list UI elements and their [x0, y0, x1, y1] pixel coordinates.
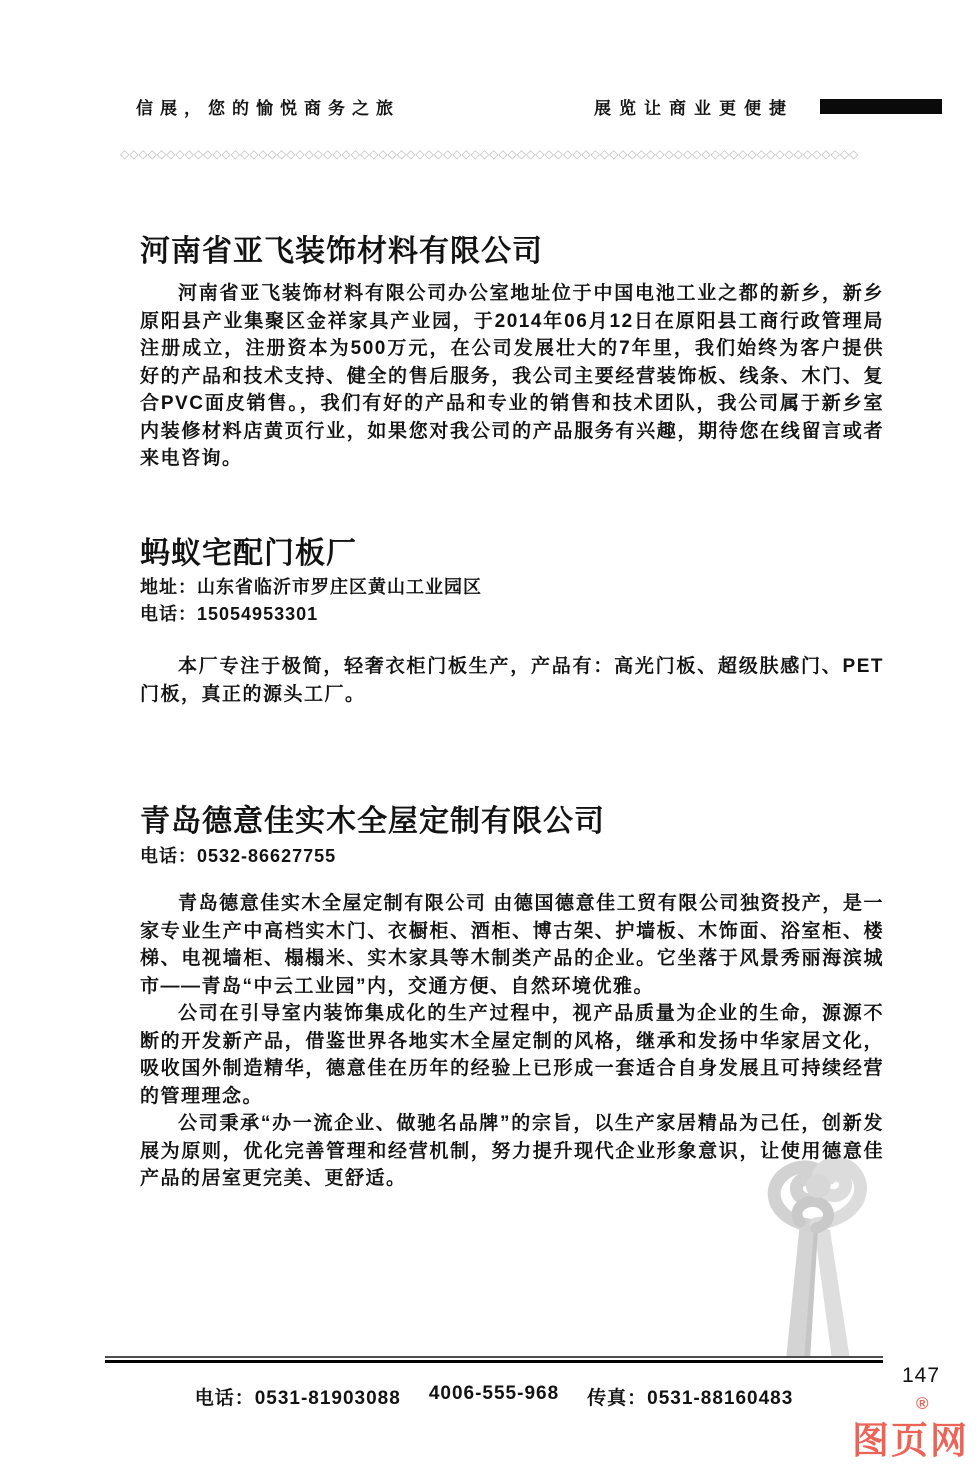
company-3-phone: 0532-86627755 [197, 846, 336, 866]
company-2-address: 山东省临沂市罗庄区黄山工业园区 [197, 577, 482, 597]
site-watermark: ® 图页网 [852, 1396, 978, 1466]
company-1-paragraph: 河南省亚飞装饰材料有限公司办公室地址位于中国电池工业之都的新乡，新乡原阳县产业集… [140, 280, 884, 473]
site-watermark-text: 图页网 [852, 1410, 969, 1464]
header-right-slogan: 展览让商业更便捷 [594, 94, 794, 119]
header-black-bar [820, 99, 942, 114]
company-2-contacts: 地址：山东省临沂市罗庄区黄山工业园区 电话：15054953301 [140, 574, 482, 628]
company-3-contacts: 电话：0532-86627755 [140, 843, 336, 870]
phone-label: 电话： [140, 604, 197, 624]
company-3-paragraph-1: 青岛德意佳实木全屋定制有限公司 由德国德意佳工贸有限公司独资投产，是一家专业生产… [140, 890, 884, 1000]
phone-label: 电话： [140, 846, 197, 866]
company-2-address-line: 地址：山东省临沂市罗庄区黄山工业园区 [140, 574, 482, 601]
company-3-paragraph-3: 公司秉承“办一流企业、做驰名品牌”的宗旨，以生产家居精品为己任，创新发展为原则，… [140, 1110, 884, 1193]
company-3-description: 青岛德意佳实木全屋定制有限公司 由德国德意佳工贸有限公司独资投产，是一家专业生产… [140, 890, 884, 1193]
directory-page: 信展，您的愉悦商务之旅 展览让商业更便捷 ◇◇◇◇◇◇◇◇◇◇◇◇◇◇◇◇◇◇◇… [0, 0, 980, 1470]
company-1-description: 河南省亚飞装饰材料有限公司办公室地址位于中国电池工业之都的新乡，新乡原阳县产业集… [140, 280, 884, 473]
page-header: 信展，您的愉悦商务之旅 展览让商业更便捷 [136, 94, 942, 119]
company-2-phone-line: 电话：15054953301 [140, 601, 482, 628]
company-2-description: 本厂专注于极简，轻奢衣柜门板生产，产品有：高光门板、超级肤感门、PET门板，真正… [140, 653, 884, 708]
footer-hotline: 4006-555-968 [429, 1383, 559, 1410]
company-3-paragraph-2: 公司在引导室内装饰集成化的生产过程中，视产品质量为企业的生命，源源不断的开发新产… [140, 1000, 884, 1110]
company-3-title: 青岛德意佳实木全屋定制有限公司 [140, 796, 605, 840]
diamond-divider: ◇◇◇◇◇◇◇◇◇◇◇◇◇◇◇◇◇◇◇◇◇◇◇◇◇◇◇◇◇◇◇◇◇◇◇◇◇◇◇◇… [120, 146, 886, 162]
address-label: 地址： [140, 577, 197, 597]
page-number: 147 [902, 1364, 940, 1388]
footer-contact: 电话：0531-81903088 4006-555-968 传真：0531-88… [105, 1383, 883, 1410]
header-left-slogan: 信展，您的愉悦商务之旅 [136, 94, 400, 119]
company-1-title: 河南省亚飞装饰材料有限公司 [140, 226, 543, 270]
company-2-paragraph: 本厂专注于极简，轻奢衣柜门板生产，产品有：高光门板、超级肤感门、PET门板，真正… [140, 653, 884, 708]
footer-rule [105, 1356, 883, 1363]
header-right-group: 展览让商业更便捷 [594, 94, 942, 119]
footer-phone: 电话：0531-81903088 [195, 1383, 401, 1410]
company-2-title: 蚂蚁宅配门板厂 [140, 528, 357, 572]
company-3-phone-line: 电话：0532-86627755 [140, 843, 336, 870]
company-2-phone: 15054953301 [197, 604, 318, 624]
footer-fax: 传真：0531-88160483 [587, 1383, 793, 1410]
